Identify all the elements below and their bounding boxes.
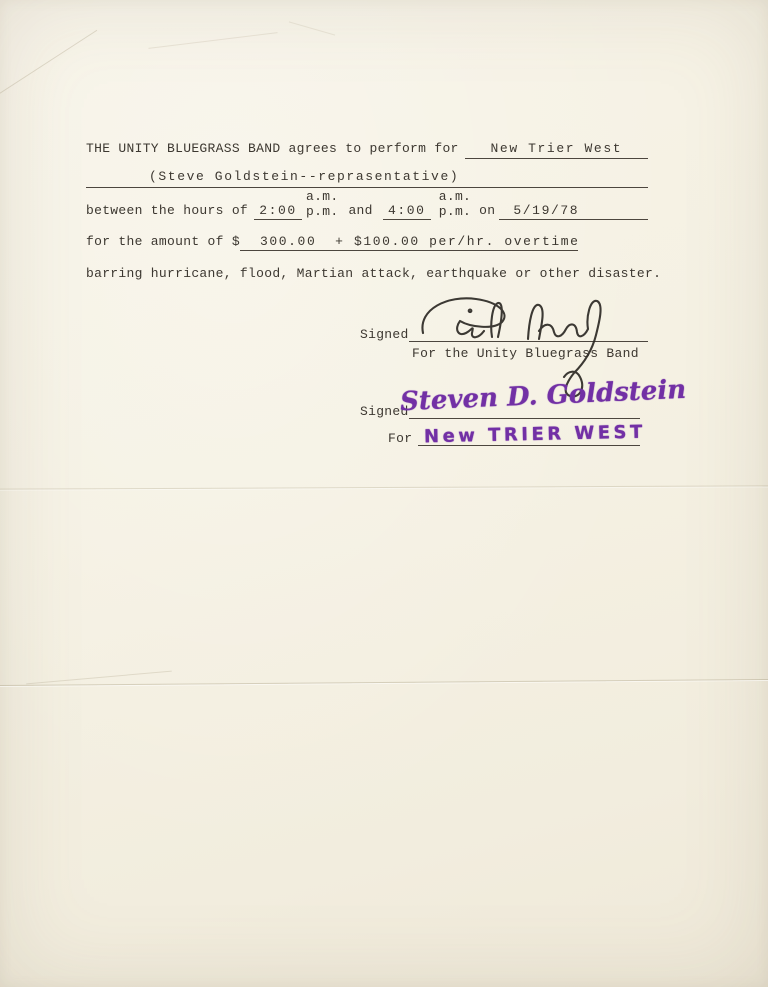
end-time-field: 4:00: [383, 203, 431, 220]
end-am-label: a.m.: [439, 189, 471, 204]
start-ampm-stack: a.m. p.m.: [306, 189, 338, 220]
end-pm-label: p.m.: [439, 204, 471, 219]
hours-prefix-text: between the hours of: [86, 203, 248, 220]
representative-field: (Steve Goldstein--reprasentative): [86, 167, 648, 188]
client-for-ink: New TRIER WEST: [424, 422, 646, 449]
crease-top-left-2: [148, 32, 277, 49]
disclaimer-text: barring hurricane, flood, Martian attack…: [86, 266, 661, 281]
crease-top-center: [289, 21, 335, 35]
scanned-contract-page: THE UNITY BLUEGRASS BAND agrees to perfo…: [0, 0, 768, 987]
fold-crease-lower: [0, 679, 768, 686]
date-value: 5/19/78: [499, 203, 579, 219]
corner-crease-top-left: [0, 30, 97, 95]
contract-line-perform-for: THE UNITY BLUEGRASS BAND agrees to perfo…: [86, 138, 648, 159]
start-time-field: 2:00: [254, 203, 302, 220]
perform-for-text: THE UNITY BLUEGRASS BAND agrees to perfo…: [86, 141, 459, 159]
end-time-value: 4:00: [388, 203, 426, 219]
amount-field: 300.00 + $100.00 per/hr. overtime: [240, 232, 578, 251]
start-am-label: a.m.: [306, 189, 338, 204]
amount-value: 300.00 + $100.00 per/hr. overtime: [240, 234, 580, 250]
client-name-field: New Trier West: [465, 137, 648, 159]
crease-branch-lower: [26, 671, 172, 685]
client-for-label: For: [388, 431, 412, 446]
on-text: on: [479, 203, 495, 220]
amount-prefix-text: for the amount of $: [86, 234, 240, 251]
and-text: and: [348, 203, 372, 220]
client-name-value: New Trier West: [491, 141, 623, 158]
date-field: 5/19/78: [499, 203, 648, 220]
start-time-value: 2:00: [259, 203, 297, 219]
end-ampm-stack: a.m. p.m.: [439, 189, 471, 220]
representative-value: (Steve Goldstein--reprasentative): [149, 169, 459, 184]
fold-crease-upper: [0, 485, 768, 489]
contract-line-hours: between the hours of 2:00 a.m. p.m. and …: [86, 189, 648, 220]
start-pm-label: p.m.: [306, 204, 338, 219]
contract-line-amount: for the amount of $ 300.00 + $100.00 per…: [86, 233, 648, 251]
contract-line-disclaimer: barring hurricane, flood, Martian attack…: [86, 264, 661, 282]
